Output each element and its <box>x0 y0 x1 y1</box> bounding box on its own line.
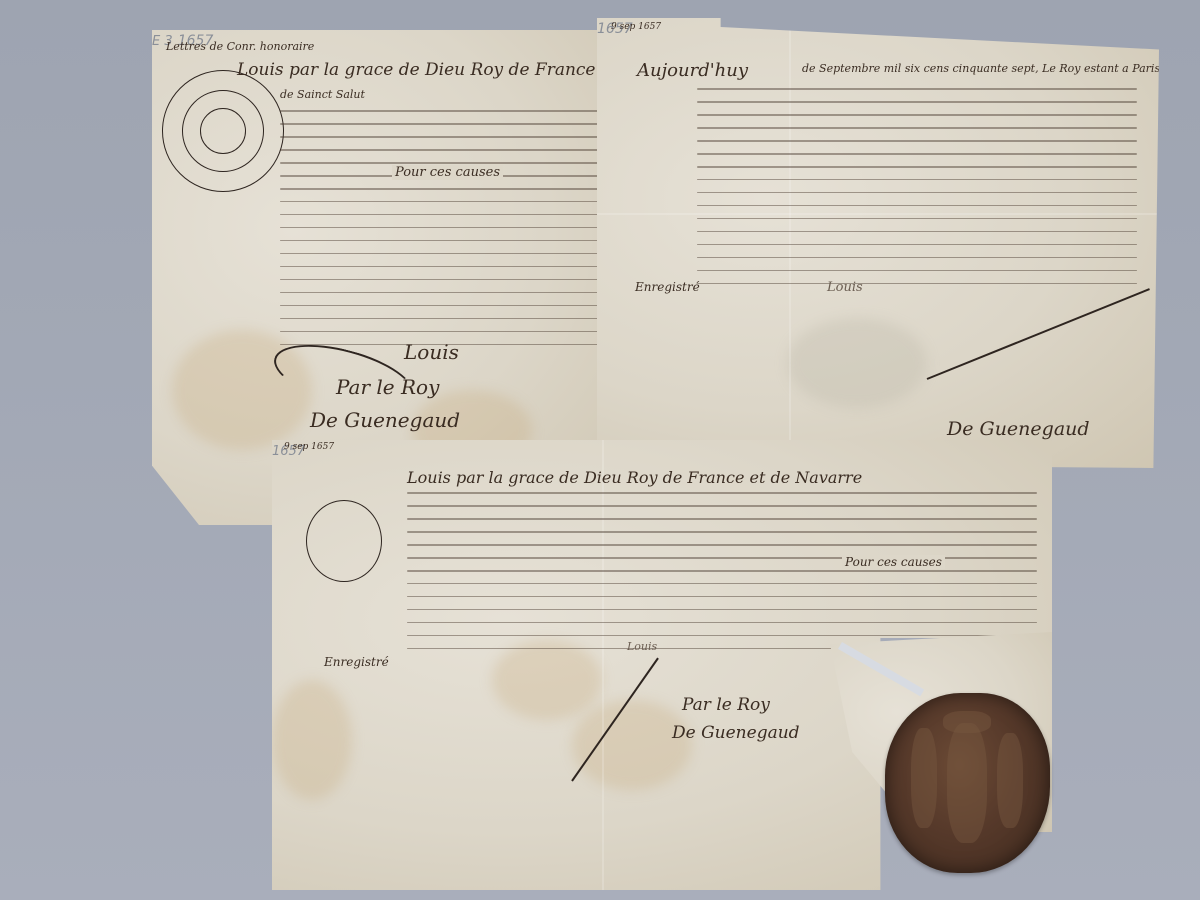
section-heading: Pour ces causes <box>842 555 945 569</box>
right-document: 9 sep 1657 Aujourd'huy de Septembre mil … <box>597 18 1159 468</box>
signature-king: Louis <box>404 340 459 364</box>
countersign-name: De Guenegaud <box>947 418 1090 440</box>
body-text <box>697 88 1137 296</box>
body-text <box>407 492 1037 661</box>
opening-line: Louis par la grace de Dieu Roy de France… <box>237 60 622 80</box>
countersign-name: De Guenegaud <box>310 408 460 432</box>
signature-king: Louis <box>627 640 657 653</box>
salutation: de Sainct Salut <box>280 88 365 101</box>
opening-line: Louis par la grace de Dieu Roy de France… <box>407 468 862 487</box>
registration-note: Enregistré <box>324 655 389 669</box>
section-heading: Pour ces causes <box>392 165 503 180</box>
wax-seal <box>885 693 1050 873</box>
countersign-label: Par le Roy <box>682 695 770 715</box>
opening-line: de Septembre mil six cens cinquante sept… <box>802 62 1159 75</box>
opening-word: Aujourd'huy <box>637 60 748 81</box>
date-note: 9 sep 1657 <box>611 22 661 32</box>
margin-note: Lettres de Conr. honoraire <box>166 40 314 53</box>
date-note: 9 sep 1657 <box>284 442 334 452</box>
signature-stroke <box>927 288 1150 380</box>
countersign-name: De Guenegaud <box>672 723 800 743</box>
body-text <box>280 110 610 357</box>
registration-note: Enregistré <box>635 280 700 294</box>
signature-king: Louis <box>827 280 863 295</box>
